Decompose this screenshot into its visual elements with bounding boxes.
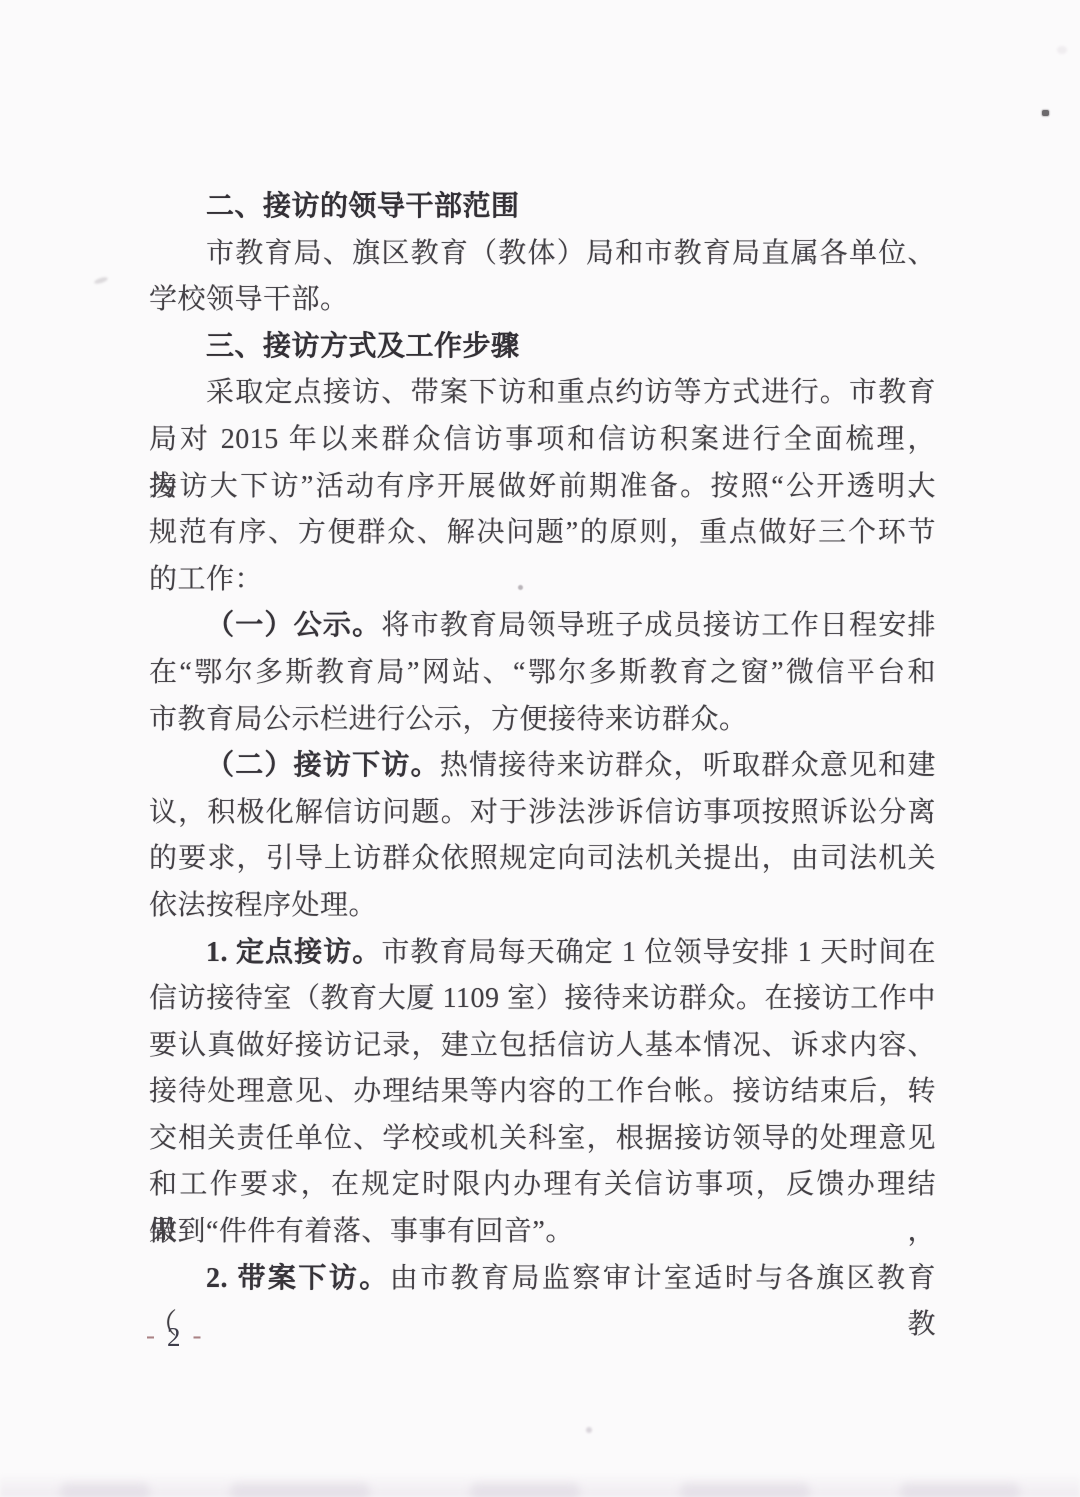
line-text: 将市教育局领导班子成员接访工作日程安排: [381, 610, 936, 641]
doc-line: 交相关责任单位、学校或机关科室，根据接访领导的处理意见: [149, 1116, 936, 1163]
line-text: 做到“件件有着落、事事有回音”。: [149, 1216, 574, 1247]
item-label: 1. 定点接访。: [206, 937, 381, 968]
page-number: - 2 -: [146, 1322, 203, 1353]
scan-smudge: [230, 1483, 370, 1497]
line-text: 市教育局每天确定 1 位领导安排 1 天时间在: [381, 937, 936, 968]
page-number-dash-left: -: [146, 1320, 156, 1351]
doc-line-sub-1: 1. 定点接访。市教育局每天确定 1 位领导安排 1 天时间在: [149, 930, 936, 977]
doc-line: 接待处理意见、办理结果等内容的工作台帐。接访结束后，转: [149, 1069, 936, 1116]
line-text: 的工作：: [149, 564, 263, 595]
scanned-document-page: 二、接访的领导干部范围 市教育局、旗区教育（教体）局和市教育局直属各单位、 学校…: [0, 0, 1080, 1497]
doc-line: 学校领导干部。: [149, 277, 936, 324]
item-label: （二）接访下访。: [206, 750, 440, 781]
section-heading-2: 二、接访的领导干部范围: [149, 184, 936, 231]
scan-speck: [94, 276, 109, 285]
document-body: 二、接访的领导干部范围 市教育局、旗区教育（教体）局和市教育局直属各单位、 学校…: [149, 184, 936, 1302]
line-text: 热情接待来访群众，听取群众意见和建: [440, 750, 936, 781]
doc-line: 接访大下访”活动有序开展做好前期准备。按照“公开透明、: [149, 464, 936, 511]
doc-line-sub-2: 2. 带案下访。由市教育局监察审计室适时与各旗区教育（教: [149, 1256, 936, 1303]
scan-smudge: [680, 1483, 810, 1497]
line-text: 依法按程序处理。: [149, 890, 377, 921]
scan-smudge: [900, 1483, 1020, 1497]
doc-line: 的要求，引导上访群众依照规定向司法机关提出，由司法机关: [149, 836, 936, 883]
line-text: 市教育局、旗区教育（教体）局和市教育局直属各单位、: [206, 238, 936, 269]
line-text: 接待处理意见、办理结果等内容的工作台帐。接访结束后，转: [149, 1076, 936, 1107]
doc-line-item-1: （一）公示。将市教育局领导班子成员接访工作日程安排: [149, 603, 936, 650]
line-text: 接访大下访”活动有序开展做好前期准备。按照“公开透明、: [149, 471, 936, 502]
scan-smudge: [470, 1483, 580, 1497]
page-number-dash-right: -: [193, 1320, 203, 1351]
scan-bleed-through: [0, 1473, 1080, 1497]
line-text: 规范有序、方便群众、解决问题”的原则，重点做好三个环节: [149, 517, 936, 548]
line-text: 采取定点接访、带案下访和重点约访等方式进行。市教育: [206, 377, 936, 408]
doc-line: 市教育局公示栏进行公示，方便接待来访群众。: [149, 697, 936, 744]
heading-text: 二、接访的领导干部范围: [206, 191, 520, 222]
doc-line: 市教育局、旗区教育（教体）局和市教育局直属各单位、: [149, 231, 936, 278]
scan-speck: [586, 1427, 592, 1433]
line-text: 学校领导干部。: [149, 284, 349, 315]
doc-line: 议，积极化解信访问题。对于涉法涉诉信访事项按照诉讼分离: [149, 790, 936, 837]
line-text: 信访接待室（教育大厦 1109 室）接待来访群众。在接访工作中: [149, 983, 936, 1014]
doc-line: 依法按程序处理。: [149, 883, 936, 930]
scan-speck: [1057, 46, 1067, 54]
scan-speck: [1042, 110, 1049, 116]
heading-text: 三、接访方式及工作步骤: [206, 331, 520, 362]
scan-speck: [518, 585, 523, 590]
doc-line: 要认真做好接访记录，建立包括信访人基本情况、诉求内容、: [149, 1023, 936, 1070]
doc-line: 在“鄂尔多斯教育局”网站、“鄂尔多斯教育之窗”微信平台和: [149, 650, 936, 697]
line-text: 的要求，引导上访群众依照规定向司法机关提出，由司法机关: [149, 843, 936, 874]
item-label: 2. 带案下访。: [206, 1263, 390, 1294]
doc-line: 的工作：: [149, 557, 936, 604]
doc-line-item-2: （二）接访下访。热情接待来访群众，听取群众意见和建: [149, 743, 936, 790]
line-text: 交相关责任单位、学校或机关科室，根据接访领导的处理意见: [149, 1123, 936, 1154]
section-heading-3: 三、接访方式及工作步骤: [149, 324, 936, 371]
doc-line: 信访接待室（教育大厦 1109 室）接待来访群众。在接访工作中: [149, 976, 936, 1023]
line-text: 市教育局公示栏进行公示，方便接待来访群众。: [149, 704, 748, 735]
line-text: 要认真做好接访记录，建立包括信访人基本情况、诉求内容、: [149, 1030, 936, 1061]
page-number-value: 2: [167, 1322, 182, 1353]
line-text: 在“鄂尔多斯教育局”网站、“鄂尔多斯教育之窗”微信平台和: [149, 657, 936, 688]
item-label: （一）公示。: [206, 610, 381, 641]
doc-line: 采取定点接访、带案下访和重点约访等方式进行。市教育: [149, 370, 936, 417]
doc-line: 规范有序、方便群众、解决问题”的原则，重点做好三个环节: [149, 510, 936, 557]
doc-line: 和工作要求，在规定时限内办理有关信访事项，反馈办理结果，: [149, 1162, 936, 1209]
line-text: 议，积极化解信访问题。对于涉法涉诉信访事项按照诉讼分离: [149, 797, 936, 828]
scan-smudge: [60, 1483, 150, 1497]
doc-line: 局对 2015 年以来群众信访事项和信访积案进行全面梳理，为“大: [149, 417, 936, 464]
